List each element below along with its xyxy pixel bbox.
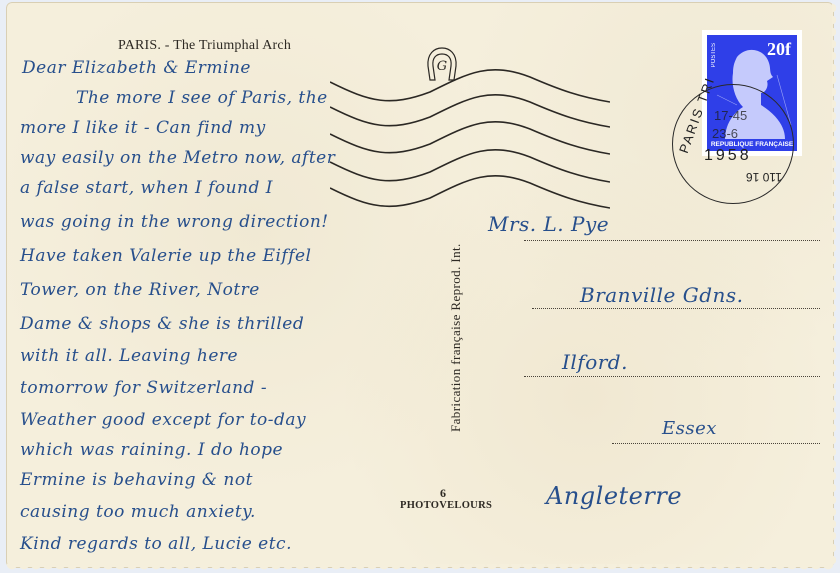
horseshoe-monogram-icon: G: [424, 46, 460, 84]
deckled-edge-right: [832, 2, 836, 568]
card-number: 6: [440, 486, 446, 501]
publisher-name: PHOTOVELOURS: [400, 500, 492, 511]
postmark-time: 17-45: [714, 108, 747, 123]
address-rule: [532, 308, 820, 309]
message-line: with it all. Leaving here: [20, 346, 238, 366]
svg-text:G: G: [437, 59, 447, 74]
message-line: Ermine is behaving & not: [20, 470, 253, 490]
wavy-cancellation-icon: [330, 62, 610, 212]
message-line: way easily on the Metro now, after: [20, 148, 335, 168]
stamp-label: POSTES: [711, 43, 717, 67]
address-line-country: Angleterre: [546, 482, 682, 510]
message-line: tomorrow for Switzerland -: [20, 378, 267, 398]
address-line-county: Essex: [662, 418, 717, 439]
postmark-office-code: 110 16: [746, 170, 782, 184]
message-line: The more I see of Paris, the: [76, 88, 328, 108]
address-rule: [612, 443, 820, 444]
message-line: causing too much anxiety.: [20, 502, 256, 522]
message-line: more I like it - Can find my: [20, 118, 266, 138]
message-line: a false start, when I found I: [20, 178, 273, 198]
address-rule: [524, 376, 820, 377]
address-line-town: Ilford.: [562, 350, 628, 374]
message-line: Tower, on the River, Notre: [20, 280, 260, 300]
message-line: Dear Elizabeth & Ermine: [22, 58, 251, 78]
postcard-caption: PARIS. - The Triumphal Arch: [118, 38, 291, 54]
address-rule: [524, 240, 820, 241]
deckled-edge-bottom: [6, 564, 834, 570]
message-line: Have taken Valerie up the Eiffel: [20, 246, 312, 266]
postmark-date: 23-6: [712, 126, 738, 141]
vertical-imprint: Fabrication française Reprod. Int.: [448, 243, 464, 432]
address-line-street: Branville Gdns.: [580, 283, 744, 307]
message-line: Kind regards to all, Lucie etc.: [20, 534, 292, 554]
message-line: which was raining. I do hope: [20, 440, 283, 460]
message-line: was going in the wrong direction!: [20, 212, 329, 232]
postmark-year: 1958: [704, 147, 752, 165]
stamp-value: 20f: [767, 39, 791, 60]
message-line: Weather good except for to-day: [20, 410, 306, 430]
message-line: Dame & shops & she is thrilled: [20, 314, 304, 334]
address-line-name: Mrs. L. Pye: [488, 212, 609, 236]
